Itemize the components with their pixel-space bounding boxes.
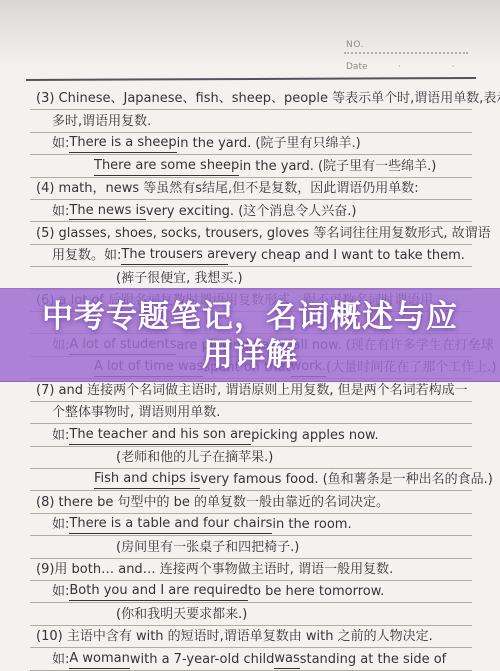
note-text: very cheap and I want to take them. bbox=[228, 249, 465, 264]
note-text: (8) there be 句型中的 be 的单复数一般由靠近的名词决定。 bbox=[36, 496, 389, 511]
note-text: (你和我明天要求都来.) bbox=[116, 608, 247, 623]
note-text: (10) 主语中含有 with 的短语时,谓语单复数由 with 之前的人物决定… bbox=[36, 630, 433, 645]
note-line: 如: There is a table and four chairs in t… bbox=[30, 514, 472, 536]
note-line: There are some sheep in the yard. (院子里有一… bbox=[30, 155, 472, 177]
note-line: (房间里有一张桌子和四把椅子.) bbox=[30, 536, 472, 558]
note-text: (9)用 both… and… 连接两个事物做主语时, 谓语一般用复数. bbox=[36, 563, 393, 578]
underlined-phrase: A woman bbox=[69, 652, 129, 669]
note-text: very exciting. (这个消息令人兴奋.) bbox=[146, 205, 357, 220]
note-text: in the yard. (院子里有一些绵羊.) bbox=[239, 160, 436, 175]
note-line: (4) math，news 等虽然有s结尾,但不是复数，因此谓语仍用单数: bbox=[30, 178, 472, 200]
underlined-phrase: The news is bbox=[69, 204, 145, 221]
date-label: Date bbox=[346, 62, 368, 72]
note-text: 如: bbox=[52, 653, 69, 668]
note-text: 如: bbox=[52, 137, 69, 152]
notebook-page-photo: NO. Date · · (3) Chinese、Japanese、fish、s… bbox=[0, 0, 500, 671]
note-text: to be here tomorrow. bbox=[248, 585, 384, 600]
title-banner: 中考专题笔记，名词概述与应 用详解 bbox=[0, 288, 500, 382]
note-line: Fish and chips is very famous food. (鱼和薯… bbox=[30, 469, 472, 491]
note-line: (7) and 连接两个名词做主语时, 谓语原则上用复数, 但是两个名词若构成一 bbox=[30, 379, 472, 401]
note-line: 个整体事物时, 谓语则用单数. bbox=[30, 402, 472, 424]
note-line: 如: Both you and I are required to be her… bbox=[30, 581, 472, 603]
header-rule-line bbox=[26, 77, 476, 81]
date-separator-dots: · · bbox=[398, 62, 479, 72]
note-text: (5) glasses, shoes, socks, trousers, glo… bbox=[36, 227, 491, 242]
note-text: 多时,谓语用复数. bbox=[52, 115, 151, 130]
note-text: (老师和他的儿子在摘苹果.) bbox=[116, 451, 273, 466]
note-text: (裤子很便宜, 我想买.) bbox=[116, 272, 243, 287]
note-text: (3) Chinese、Japanese、fish、sheep、people 等… bbox=[36, 92, 500, 107]
underlined-phrase: There is a table and four chairs bbox=[69, 517, 272, 534]
note-line: 如: The news is very exciting. (这个消息令人兴奋.… bbox=[30, 200, 472, 222]
note-line: (3) Chinese、Japanese、fish、sheep、people 等… bbox=[30, 88, 472, 110]
note-text: in the room. bbox=[272, 518, 351, 533]
underlined-phrase: Fish and chips is bbox=[94, 472, 200, 489]
banner-title-line1: 中考专题笔记，名词概述与应 bbox=[0, 302, 500, 333]
note-line: 如: A woman with a 7-year-old child was s… bbox=[30, 648, 472, 670]
note-text: picking apples now. bbox=[251, 429, 379, 444]
note-line: (裤子很便宜, 我想买.) bbox=[30, 267, 472, 289]
underlined-phrase: The trousers are bbox=[121, 248, 228, 265]
underlined-phrase: Both you and I are required bbox=[69, 584, 248, 601]
banner-title-line2: 用详解 bbox=[0, 340, 500, 371]
note-line: (5) glasses, shoes, socks, trousers, glo… bbox=[30, 222, 472, 244]
note-text: 如: bbox=[52, 429, 69, 444]
no-label: NO. bbox=[346, 40, 364, 50]
note-text: 如: bbox=[52, 205, 69, 220]
note-line: 如: The teacher and his son are picking a… bbox=[30, 424, 472, 446]
note-text: in the yard. (院子里有只绵羊.) bbox=[177, 137, 361, 152]
note-text: 如: bbox=[52, 518, 69, 533]
note-line: (8) there be 句型中的 be 的单复数一般由靠近的名词决定。 bbox=[30, 491, 472, 513]
note-text: 如: bbox=[52, 585, 69, 600]
note-text: 用复数。如: bbox=[52, 249, 121, 264]
note-text: with a 7-year-old child bbox=[130, 653, 274, 668]
note-text: (7) and 连接两个名词做主语时, 谓语原则上用复数, 但是两个名词若构成一 bbox=[36, 384, 468, 399]
no-dotted-line bbox=[344, 52, 468, 54]
note-line: (10) 主语中含有 with 的短语时,谓语单复数由 with 之前的人物决定… bbox=[30, 626, 472, 648]
note-line: 多时,谓语用复数. bbox=[30, 110, 472, 132]
underlined-phrase: was bbox=[274, 652, 299, 669]
underlined-phrase: There are some sheep bbox=[94, 159, 239, 176]
note-line: (老师和他的儿子在摘苹果.) bbox=[30, 447, 472, 469]
note-line: (9)用 both… and… 连接两个事物做主语时, 谓语一般用复数. bbox=[30, 559, 472, 581]
note-text: (房间里有一张桌子和四把椅子.) bbox=[116, 541, 299, 556]
note-line: 如: There is a sheep in the yard. (院子里有只绵… bbox=[30, 133, 472, 155]
note-text: very famous food. (鱼和薯条是一种出名的食品.) bbox=[200, 473, 492, 488]
underlined-phrase: There is a sheep bbox=[69, 136, 176, 153]
note-text: 个整体事物时, 谓语则用单数. bbox=[52, 406, 220, 421]
note-line: 用复数。如: The trousers are very cheap and I… bbox=[30, 245, 472, 267]
underlined-phrase: The teacher and his son are bbox=[69, 428, 251, 445]
note-line: (你和我明天要求都来.) bbox=[30, 603, 472, 625]
note-text: (4) math，news 等虽然有s结尾,但不是复数，因此谓语仍用单数: bbox=[36, 182, 419, 197]
note-text: standing at the side of bbox=[300, 653, 447, 668]
